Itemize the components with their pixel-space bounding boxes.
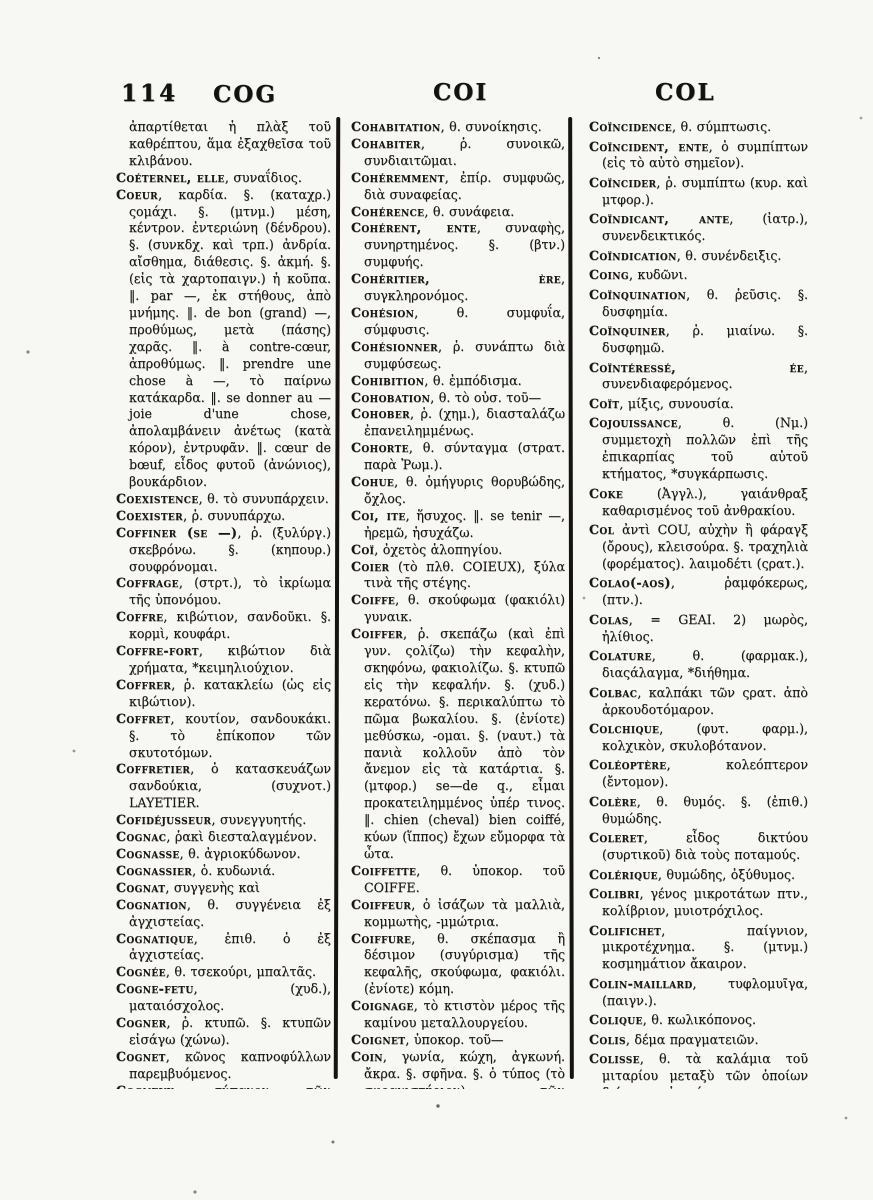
entry-headword: Coïnquination [589, 287, 686, 302]
dictionary-entry: Cohobation, θ. τὸ οὐσ. τοῦ— [351, 390, 565, 407]
dictionary-entry: Colchique, (φυτ. φαρμ.), κολχικὸν, σκυλο… [589, 721, 808, 755]
dictionary-entry: ἀπαρτίθεται ἡ πλὰξ τοῦ καθρέπτου, ἅμα ἐξ… [116, 119, 331, 170]
entry-headword: Cohue [351, 474, 394, 489]
dictionary-entry: Coiffeur, ὁ ἰσάζων τὰ μαλλιὰ, κομμωτὴς, … [351, 897, 565, 931]
dictionary-entry: Colisse, θ. τὰ καλάμια τοῦ μιταρίου μετα… [589, 1051, 808, 1089]
entry-body: , ῥακὶ διεσταλαγμένον. [166, 829, 316, 844]
dictionary-entry: Coffretier, ὁ κατασκευάζων σανδούκια, (σ… [116, 761, 331, 812]
entry-headword: Cohérence [351, 204, 424, 219]
entry-headword: Coïndication [589, 248, 677, 263]
entry-headword: Coing [589, 267, 629, 282]
entry-headword: Cohéremment [351, 170, 445, 185]
dictionary-entry: Coffrage, (στρτ.), τὸ ἰκρίωμα τῆς ὑπονόμ… [116, 575, 331, 609]
text-column-col: Coïncidence, θ. σύμπτωσις.Coïncident, en… [589, 119, 808, 1089]
entry-headword: Coiffe [351, 592, 395, 607]
page-number: 114 [121, 80, 178, 107]
entry-body: , θ. σύμπτωσις. [672, 119, 771, 134]
entry-body: , = GEAI. 2) μωρὸς, ἠλίθιος. [602, 612, 808, 644]
entry-headword: Coffrage [116, 575, 179, 590]
entry-headword: Cohober [351, 406, 410, 421]
dictionary-entry: Coï, ὀχετὸς ἁλοπηγίου. [351, 542, 565, 559]
entry-headword: Cohobation [351, 390, 430, 405]
entry-headword: Cognatique [116, 931, 194, 946]
dictionary-entry: Cognassier, ὁ. κυδωνιά. [116, 863, 331, 880]
dictionary-entry: Cogneux, τύπανον τῶν μεταλλοχόων. [116, 1083, 331, 1089]
entry-headword: Colisse [589, 1051, 640, 1066]
dictionary-entry: Colère, θ. θυμός. §. (ἐπιθ.) θυμώδης. [589, 794, 808, 828]
text-column-cog: ἀπαρτίθεται ἡ πλὰξ τοῦ καθρέπτου, ἅμα ἐξ… [116, 119, 331, 1089]
entry-headword: Cognation [116, 897, 187, 912]
dictionary-entry: Coiffe, θ. σκούφωμα (φακιόλι) γυναικ. [351, 592, 565, 626]
dictionary-entry: Cognation, θ. συγγένεια ἐξ ἀγχιστείας. [116, 897, 331, 931]
entry-headword: Colère [589, 794, 637, 809]
entry-headword: Colas [589, 612, 629, 627]
entry-body: , ὁ. κυδωνιά. [192, 863, 275, 878]
entry-headword: Cogner [116, 1015, 167, 1030]
dictionary-entry: Coexister, ῥ. συνυπάρχω. [116, 508, 331, 525]
dictionary-entry: Coexistence, θ. τὸ συνυπάρχειν. [116, 491, 331, 508]
entry-headword: Coiffeur [351, 897, 411, 912]
entry-body: , συνεγγυητής. [211, 812, 306, 827]
entry-body: (Ἀγγλ.), γαιάνθραξ καθαρισμένος τοῦ ἀνθρ… [602, 486, 808, 518]
entry-body: , δέμα πραγματειῶν. [626, 1032, 759, 1047]
dictionary-entry: Coing, κυδῶνι. [589, 267, 808, 284]
entry-body: , θ. συνοίκησις. [441, 119, 542, 134]
entry-body: , θ. τὸ συνυπάρχειν. [199, 491, 329, 506]
dictionary-entry: Cohéritier, ère, συγκληρονόμος. [351, 271, 565, 305]
entry-body: , θ. συνένδειξις. [677, 248, 782, 263]
entry-headword: Coffre [116, 609, 163, 624]
scan-speckles [598, 57, 600, 59]
entry-headword: Cohérent, ente [351, 220, 477, 235]
entry-headword: Cognassier [116, 863, 192, 878]
entry-headword: Colis [589, 1032, 626, 1047]
dictionary-entry: Coin, γωνία, κώχη, ἀγκωνή. ἄκρα. §. σφῆν… [351, 1049, 565, 1089]
dictionary-entry: Coignage, τὸ κτιστὸν μέρος τῆς καμίνου μ… [351, 998, 565, 1032]
dictionary-entry: Colao(-aos), ῥαμφόκερως, (πτν.). [589, 575, 808, 609]
entry-body: , μίξις, συνουσία. [619, 396, 733, 411]
dictionary-entry: Coffre-fort, κιβώτιον διὰ χρήματα, *κειμ… [116, 643, 331, 677]
dictionary-entry: Coffiner (se —), ῥ. (ξυλύργ.) σκεβρόνω. … [116, 525, 331, 576]
entry-body: , συγγενὴς καὶ [165, 880, 259, 895]
dictionary-entry: Cogner, ῥ. κτυπῶ. §. κτυπῶν εἰσάγω (χώνω… [116, 1015, 331, 1049]
column-header-coi: COI [433, 79, 488, 106]
dictionary-entry: Coïncident, ente, ὁ συμπίπτων (εἰς τὸ αὐ… [589, 139, 808, 173]
entry-headword: Cohabiter [351, 136, 421, 151]
dictionary-entry: Cohésion, θ. συμφυΐα, σύμφυσις. [351, 305, 565, 339]
column-header-col: COL [655, 79, 716, 106]
entry-headword: Cofidéjusseur [116, 812, 211, 827]
dictionary-entry: Coïndication, θ. συνένδειξις. [589, 248, 808, 265]
entry-headword: Coleret [589, 830, 644, 845]
dictionary-entry: Coiffure, θ. σκέπασμα ἢ δέσιμον (συγύρισ… [351, 931, 565, 999]
dictionary-page: 114 COG COI COL ἀπαρτίθεται ἡ πλὰξ τοῦ κ… [0, 0, 873, 1200]
dictionary-entry: Coignet, ὑποκορ. τοῦ— [351, 1032, 565, 1049]
entry-headword: Cogne-fetu [116, 981, 194, 996]
dictionary-entry: Coffret, κουτίον, σανδουκάκι. §. τὸ ἐπίκ… [116, 711, 331, 762]
dictionary-entry: Coke (Ἀγγλ.), γαιάνθραξ καθαρισμένος τοῦ… [589, 486, 808, 520]
dictionary-entry: Cohésionner, ῥ. συνάπτω διὰ συμφύσεως. [351, 339, 565, 373]
dictionary-entry: Cohérent, ente, συναφὴς, συνηρτημένος. §… [351, 220, 565, 271]
entry-headword: Coléoptère [589, 757, 667, 772]
dictionary-entry: Cofidéjusseur, συνεγγυητής. [116, 812, 331, 829]
column-divider-rule [334, 117, 341, 1079]
entry-headword: Coffre-fort [116, 643, 199, 658]
dictionary-entry: Cohober, ῥ. (χημ.), διασταλάζω ἐπανειλημ… [351, 406, 565, 440]
entry-headword: Cogneux [116, 1083, 174, 1089]
entry-body: ἀπαρτίθεται ἡ πλὰξ τοῦ καθρέπτου, ἅμα ἐξ… [129, 119, 331, 168]
entry-body: , ὀχετὸς ἁλοπηγίου. [374, 542, 502, 557]
entry-body: , θ. ἐμπόδισμα. [424, 373, 521, 388]
entry-headword: Cojouissance [589, 415, 678, 430]
entry-headword: Coiffer [351, 626, 403, 641]
dictionary-entry: Coléoptère, κολεόπτερον (ἔντομον). [589, 757, 808, 791]
dictionary-entry: Cognac, ῥακὶ διεσταλαγμένον. [116, 829, 331, 846]
entry-headword: Coffretier [116, 761, 190, 776]
entry-headword: Coï [351, 542, 374, 557]
entry-body: ἀντὶ COU, αὐχὴν ἢ φάραγξ (ὄρους), κλεισο… [602, 522, 808, 571]
dictionary-entry: Coi, ite, ἥσυχος. ‖. se tenir —, ἠρεμῶ, … [351, 508, 565, 542]
entry-headword: Coffret [116, 711, 170, 726]
dictionary-entry: Colin-maillard, τυφλομυῖγα, (παιγν.). [589, 976, 808, 1010]
text-column-coi: Cohabitation, θ. συνοίκησις.Cohabiter, ῥ… [351, 119, 565, 1089]
entry-headword: Coignet [351, 1032, 405, 1047]
entry-headword: Coïnquiner [589, 323, 666, 338]
entry-headword: Colifichet [589, 923, 661, 938]
entry-headword: Colbac [589, 685, 637, 700]
entry-body: , θ. συνάφεια. [424, 204, 514, 219]
entry-body: , γωνία, κώχη, ἀγκωνή. ἄκρα. §. σφῆνα. §… [364, 1049, 565, 1089]
entry-headword: Col [589, 522, 614, 537]
dictionary-entry: Coïnquiner, ῥ. μιαίνω. §. δυσφημῶ. [589, 323, 808, 357]
entry-headword: Coïncidence [589, 119, 672, 134]
entry-headword: Colérique [589, 867, 658, 882]
entry-headword: Coke [589, 486, 623, 501]
dictionary-entry: Colis, δέμα πραγματειῶν. [589, 1032, 808, 1049]
column-header-cog: COG [213, 81, 277, 108]
entry-headword: Coïndicant, ante [589, 211, 729, 226]
entry-body: (τὸ πλθ. COIEUX), ξύλα τινὰ τῆς στέγης. [364, 559, 565, 591]
dictionary-entry: Coleret, εἶδος δικτύου (συρτικοῦ) διὰ το… [589, 830, 808, 864]
dictionary-entry: Coffre, κιβώτιον, σανδοῦκι. §. κορμὶ, κο… [116, 609, 331, 643]
dictionary-entry: Cognée, θ. τσεκούρι, μπαλτᾶς. [116, 964, 331, 981]
dictionary-entry: Cohérence, θ. συνάφεια. [351, 204, 565, 221]
entry-headword: Coier [351, 559, 389, 574]
entry-headword: Cognet [116, 1049, 166, 1064]
dictionary-entry: Colique, θ. κωλικόπονος. [589, 1012, 808, 1029]
entry-headword: Coexister [116, 508, 183, 523]
entry-body: , θ. τσεκούρι, μπαλτᾶς. [166, 964, 316, 979]
entry-headword: Colao(-aos) [589, 575, 671, 590]
dictionary-entry: Cognatique, ἐπιθ. ὁ ἐξ ἀγχιστείας. [116, 931, 331, 965]
entry-headword: Coi, ite [351, 508, 406, 523]
dictionary-entry: Coeur, καρδία. §. (καταχρ.) ςομάχι. §. (… [116, 187, 331, 491]
entry-headword: Cognat [116, 880, 165, 895]
entry-headword: Cohabitation [351, 119, 441, 134]
entry-headword: Coignage [351, 998, 414, 1013]
entry-headword: Colibri [589, 886, 640, 901]
dictionary-entry: Colbac, καλπάκι τῶν ςρατ. ἀπὸ ἀρκουδοτόμ… [589, 685, 808, 719]
dictionary-entry: Cojouissance, θ. (Νμ.) συμμετοχὴ πολλῶν … [589, 415, 808, 483]
dictionary-entry: Colas, = GEAI. 2) μωρὸς, ἠλίθιος. [589, 612, 808, 646]
dictionary-entry: Colature, θ. (φαρμακ.), διαςάλαγμα, *διή… [589, 648, 808, 682]
entry-headword: Cohorte [351, 440, 409, 455]
entry-body: , θ. τὸ οὐσ. τοῦ— [430, 390, 541, 405]
dictionary-entry: Coiffer, ῥ. σκεπάζω (καὶ ἐπὶ γυν. ςολίζω… [351, 626, 565, 863]
dictionary-entry: Cohue, θ. ὁμήγυρις θορυβώδης, ὄχλος. [351, 474, 565, 508]
dictionary-entry: Cohéremment, ἐπίρ. συμφυῶς, διὰ συναφεία… [351, 170, 565, 204]
entry-headword: Coïncident, ente [589, 139, 709, 154]
dictionary-entry: Cognet, κῶνος καπνοφύλλων παρεμβυόμενος. [116, 1049, 331, 1083]
dictionary-entry: Cohorte, θ. σύνταγμα (στρατ. παρὰ Ῥωμ.). [351, 440, 565, 474]
entry-headword: Cognac [116, 829, 166, 844]
dictionary-entry: Coier (τὸ πλθ. COIEUX), ξύλα τινὰ τῆς στ… [351, 559, 565, 593]
dictionary-entry: Coéternel, elle, συναΐδιος. [116, 170, 331, 187]
dictionary-entry: Cognat, συγγενὴς καὶ [116, 880, 331, 897]
entry-body: , θ. ὁμήγυρις θορυβώδης, ὄχλος. [364, 474, 565, 506]
entry-headword: Colin-maillard [589, 976, 693, 991]
entry-headword: Colchique [589, 721, 659, 736]
entry-body: , ὑποκορ. τοῦ— [405, 1032, 503, 1047]
entry-headword: Coït [589, 396, 619, 411]
entry-body: , καρδία. §. (καταχρ.) ςομάχι. §. (μτνμ.… [129, 187, 331, 489]
entry-headword: Coffrer [116, 677, 171, 692]
dictionary-entry: Cognasse, θ. ἀγριοκύδωνον. [116, 846, 331, 863]
entry-body: , θυμώδης, ὀξύθυμος. [658, 867, 795, 882]
entry-headword: Coffiner (se —) [116, 525, 237, 540]
entry-headword: Cohibition [351, 373, 424, 388]
entry-headword: Coïncider [589, 175, 656, 190]
dictionary-entry: Cohabiter, ῥ. συνοικῶ, συνδιαιτῶμαι. [351, 136, 565, 170]
entry-headword: Coexistence [116, 491, 199, 506]
entry-headword: Colature [589, 648, 652, 663]
entry-headword: Cohésion [351, 305, 414, 320]
dictionary-entry: Cohabitation, θ. συνοίκησις. [351, 119, 565, 136]
entry-headword: Cohéritier, ère [351, 271, 561, 286]
dictionary-entry: Col ἀντὶ COU, αὐχὴν ἢ φάραγξ (ὄρους), κλ… [589, 522, 808, 573]
dictionary-entry: Colibri, γένος μικροτάτων πτν., κολίβριο… [589, 886, 808, 920]
entry-headword: Cohésionner [351, 339, 438, 354]
dictionary-entry: Coïncidence, θ. σύμπτωσις. [589, 119, 808, 136]
dictionary-entry: Coïndicant, ante, (ἰατρ.), συνενδεικτικό… [589, 211, 808, 245]
entry-headword: Cognée [116, 964, 166, 979]
entry-headword: Coeur [116, 187, 158, 202]
entry-body: , κυδῶνι. [629, 267, 687, 282]
entry-body: , θ. σκούφωμα (φακιόλι) γυναικ. [364, 592, 565, 624]
entry-body: , συναΐδιος. [225, 170, 302, 185]
dictionary-entry: Colifichet, παίγνιον, μικροτέχνημα. §. (… [589, 923, 808, 974]
dictionary-entry: Coïntéressé, ée, συνενδιαφερόμενος. [589, 360, 808, 394]
entry-headword: Coin [351, 1049, 383, 1064]
dictionary-entry: Coïncider, ῥ. συμπίπτω (κυρ. καὶ μτφορ.)… [589, 175, 808, 209]
dictionary-entry: Cohibition, θ. ἐμπόδισμα. [351, 373, 565, 390]
entry-headword: Coiffette [351, 863, 416, 878]
dictionary-entry: Coït, μίξις, συνουσία. [589, 396, 808, 413]
entry-body: , θ. κωλικόπονος. [643, 1012, 756, 1027]
dictionary-entry: Coffrer, ῥ. κατακλείω (ὡς εἰς κιβώτιον). [116, 677, 331, 711]
entry-body: , ῥ. συνυπάρχω. [183, 508, 285, 523]
column-divider-rule [568, 117, 574, 1079]
entry-headword: Colique [589, 1012, 643, 1027]
entry-body: , ῥ. σκεπάζω (καὶ ἐπὶ γυν. ςολίζω) τὴν κ… [364, 626, 565, 861]
entry-headword: Coiffure [351, 931, 411, 946]
entry-headword: Coïntéressé, ée [589, 360, 804, 375]
entry-headword: Cognasse [116, 846, 180, 861]
dictionary-entry: Coïnquination, θ. ῥεῦσις. §. δυσφημία. [589, 287, 808, 321]
entry-headword: Coéternel, elle [116, 170, 225, 185]
dictionary-entry: Cogne-fetu, (χυδ.), ματαιόσχολος. [116, 981, 331, 1015]
dictionary-entry: Coiffette, θ. ὑποκορ. τοῦ COIFFE. [351, 863, 565, 897]
dictionary-entry: Colérique, θυμώδης, ὀξύθυμος. [589, 867, 808, 884]
entry-body: , θ. ἀγριοκύδωνον. [180, 846, 301, 861]
